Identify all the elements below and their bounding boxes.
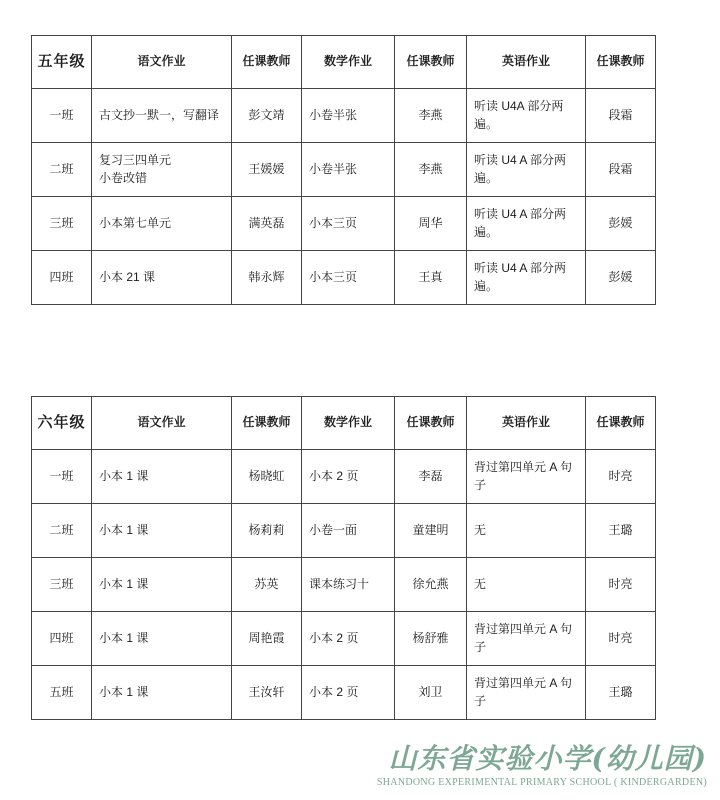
chinese-homework-cell: 古文抄一默一，写翻译	[92, 89, 232, 143]
column-header-english-homework: 英语作业	[467, 397, 586, 450]
chinese-homework-cell: 小本 1 课	[92, 504, 232, 558]
table-header-row: 六年级 语文作业 任课教师 数学作业 任课教师 英语作业 任课教师	[32, 397, 656, 450]
column-header-chinese-homework: 语文作业	[92, 36, 232, 89]
table-row: 二班 小本 1 课 杨莉莉 小卷一面 童建明 无 王璐	[32, 504, 656, 558]
column-header-math-teacher: 任课教师	[395, 36, 467, 89]
school-name-en: SHANDONG EXPERIMENTAL PRIMARY SCHOOL ( K…	[377, 777, 707, 788]
class-cell: 一班	[32, 450, 92, 504]
chinese-homework-cell: 小本 1 课	[92, 666, 232, 720]
math-homework-cell: 小本 2 页	[302, 450, 395, 504]
chinese-homework-cell: 小本 21 课	[92, 251, 232, 305]
math-teacher-cell: 李磊	[395, 450, 467, 504]
math-teacher-cell: 王真	[395, 251, 467, 305]
math-homework-cell: 小卷半张	[302, 143, 395, 197]
table-row: 一班 古文抄一默一，写翻译 彭文靖 小卷半张 李燕 听读 U4A 部分两遍。 段…	[32, 89, 656, 143]
chinese-teacher-cell: 苏英	[232, 558, 302, 612]
class-cell: 三班	[32, 558, 92, 612]
chinese-teacher-cell: 王媛媛	[232, 143, 302, 197]
class-cell: 五班	[32, 666, 92, 720]
chinese-homework-cell: 小本 1 课	[92, 450, 232, 504]
class-cell: 四班	[32, 251, 92, 305]
math-homework-cell: 小本 2 页	[302, 612, 395, 666]
math-homework-cell: 小本三页	[302, 197, 395, 251]
column-header-chinese-teacher: 任课教师	[232, 36, 302, 89]
english-teacher-cell: 彭媛	[586, 251, 656, 305]
math-teacher-cell: 杨舒雅	[395, 612, 467, 666]
math-homework-cell: 课本练习十	[302, 558, 395, 612]
chinese-teacher-cell: 杨莉莉	[232, 504, 302, 558]
english-teacher-cell: 时亮	[586, 450, 656, 504]
math-teacher-cell: 刘卫	[395, 666, 467, 720]
school-logo: 山东省实验小学(幼儿园) SHANDONG EXPERIMENTAL PRIMA…	[377, 744, 707, 788]
column-header-english-teacher: 任课教师	[586, 36, 656, 89]
chinese-homework-cell: 小本第七单元	[92, 197, 232, 251]
class-cell: 四班	[32, 612, 92, 666]
english-teacher-cell: 王璐	[586, 504, 656, 558]
english-teacher-cell: 段霜	[586, 89, 656, 143]
english-teacher-cell: 段霜	[586, 143, 656, 197]
grade-header-cell: 六年级	[32, 397, 92, 450]
table-row: 一班 小本 1 课 杨晓虹 小本 2 页 李磊 背过第四单元 A 句子 时亮	[32, 450, 656, 504]
table-row: 四班 小本 21 课 韩永辉 小本三页 王真 听读 U4 A 部分两遍。 彭媛	[32, 251, 656, 305]
english-teacher-cell: 彭媛	[586, 197, 656, 251]
english-homework-cell: 背过第四单元 A 句子	[467, 450, 586, 504]
chinese-teacher-cell: 杨晓虹	[232, 450, 302, 504]
chinese-teacher-cell: 周艳霞	[232, 612, 302, 666]
math-homework-cell: 小本 2 页	[302, 666, 395, 720]
math-teacher-cell: 李燕	[395, 143, 467, 197]
english-homework-cell: 听读 U4 A 部分两遍。	[467, 197, 586, 251]
chinese-homework-cell: 复习三四单元 小卷改错	[92, 143, 232, 197]
table-row: 二班 复习三四单元 小卷改错 王媛媛 小卷半张 李燕 听读 U4 A 部分两遍。…	[32, 143, 656, 197]
class-cell: 三班	[32, 197, 92, 251]
math-teacher-cell: 徐允燕	[395, 558, 467, 612]
grade6-homework-table: 六年级 语文作业 任课教师 数学作业 任课教师 英语作业 任课教师 一班 小本 …	[31, 396, 656, 720]
class-cell: 二班	[32, 504, 92, 558]
table-header-row: 五年级 语文作业 任课教师 数学作业 任课教师 英语作业 任课教师	[32, 36, 656, 89]
table-row: 五班 小本 1 课 王汝轩 小本 2 页 刘卫 背过第四单元 A 句子 王璐	[32, 666, 656, 720]
column-header-math-homework: 数学作业	[302, 397, 395, 450]
math-homework-cell: 小本三页	[302, 251, 395, 305]
class-cell: 二班	[32, 143, 92, 197]
english-homework-cell: 听读 U4A 部分两遍。	[467, 89, 586, 143]
chinese-teacher-cell: 王汝轩	[232, 666, 302, 720]
table-row: 四班 小本 1 课 周艳霞 小本 2 页 杨舒雅 背过第四单元 A 句子 时亮	[32, 612, 656, 666]
english-homework-cell: 背过第四单元 A 句子	[467, 666, 586, 720]
table-row: 三班 小本 1 课 苏英 课本练习十 徐允燕 无 时亮	[32, 558, 656, 612]
chinese-teacher-cell: 韩永辉	[232, 251, 302, 305]
english-homework-cell: 无	[467, 504, 586, 558]
english-homework-cell: 听读 U4 A 部分两遍。	[467, 143, 586, 197]
english-homework-cell: 听读 U4 A 部分两遍。	[467, 251, 586, 305]
math-teacher-cell: 李燕	[395, 89, 467, 143]
chinese-homework-cell: 小本 1 课	[92, 612, 232, 666]
chinese-teacher-cell: 满英磊	[232, 197, 302, 251]
english-teacher-cell: 时亮	[586, 612, 656, 666]
english-teacher-cell: 王璐	[586, 666, 656, 720]
chinese-homework-cell: 小本 1 课	[92, 558, 232, 612]
math-homework-cell: 小卷半张	[302, 89, 395, 143]
table-row: 三班 小本第七单元 满英磊 小本三页 周华 听读 U4 A 部分两遍。 彭媛	[32, 197, 656, 251]
math-teacher-cell: 周华	[395, 197, 467, 251]
english-homework-cell: 背过第四单元 A 句子	[467, 612, 586, 666]
school-name-zh: 山东省实验小学(幼儿园)	[377, 744, 707, 775]
english-homework-cell: 无	[467, 558, 586, 612]
column-header-math-teacher: 任课教师	[395, 397, 467, 450]
math-homework-cell: 小卷一面	[302, 504, 395, 558]
column-header-math-homework: 数学作业	[302, 36, 395, 89]
class-cell: 一班	[32, 89, 92, 143]
chinese-teacher-cell: 彭文靖	[232, 89, 302, 143]
grade5-homework-table: 五年级 语文作业 任课教师 数学作业 任课教师 英语作业 任课教师 一班 古文抄…	[31, 35, 656, 305]
grade-header-cell: 五年级	[32, 36, 92, 89]
column-header-english-homework: 英语作业	[467, 36, 586, 89]
column-header-english-teacher: 任课教师	[586, 397, 656, 450]
column-header-chinese-homework: 语文作业	[92, 397, 232, 450]
english-teacher-cell: 时亮	[586, 558, 656, 612]
column-header-chinese-teacher: 任课教师	[232, 397, 302, 450]
math-teacher-cell: 童建明	[395, 504, 467, 558]
